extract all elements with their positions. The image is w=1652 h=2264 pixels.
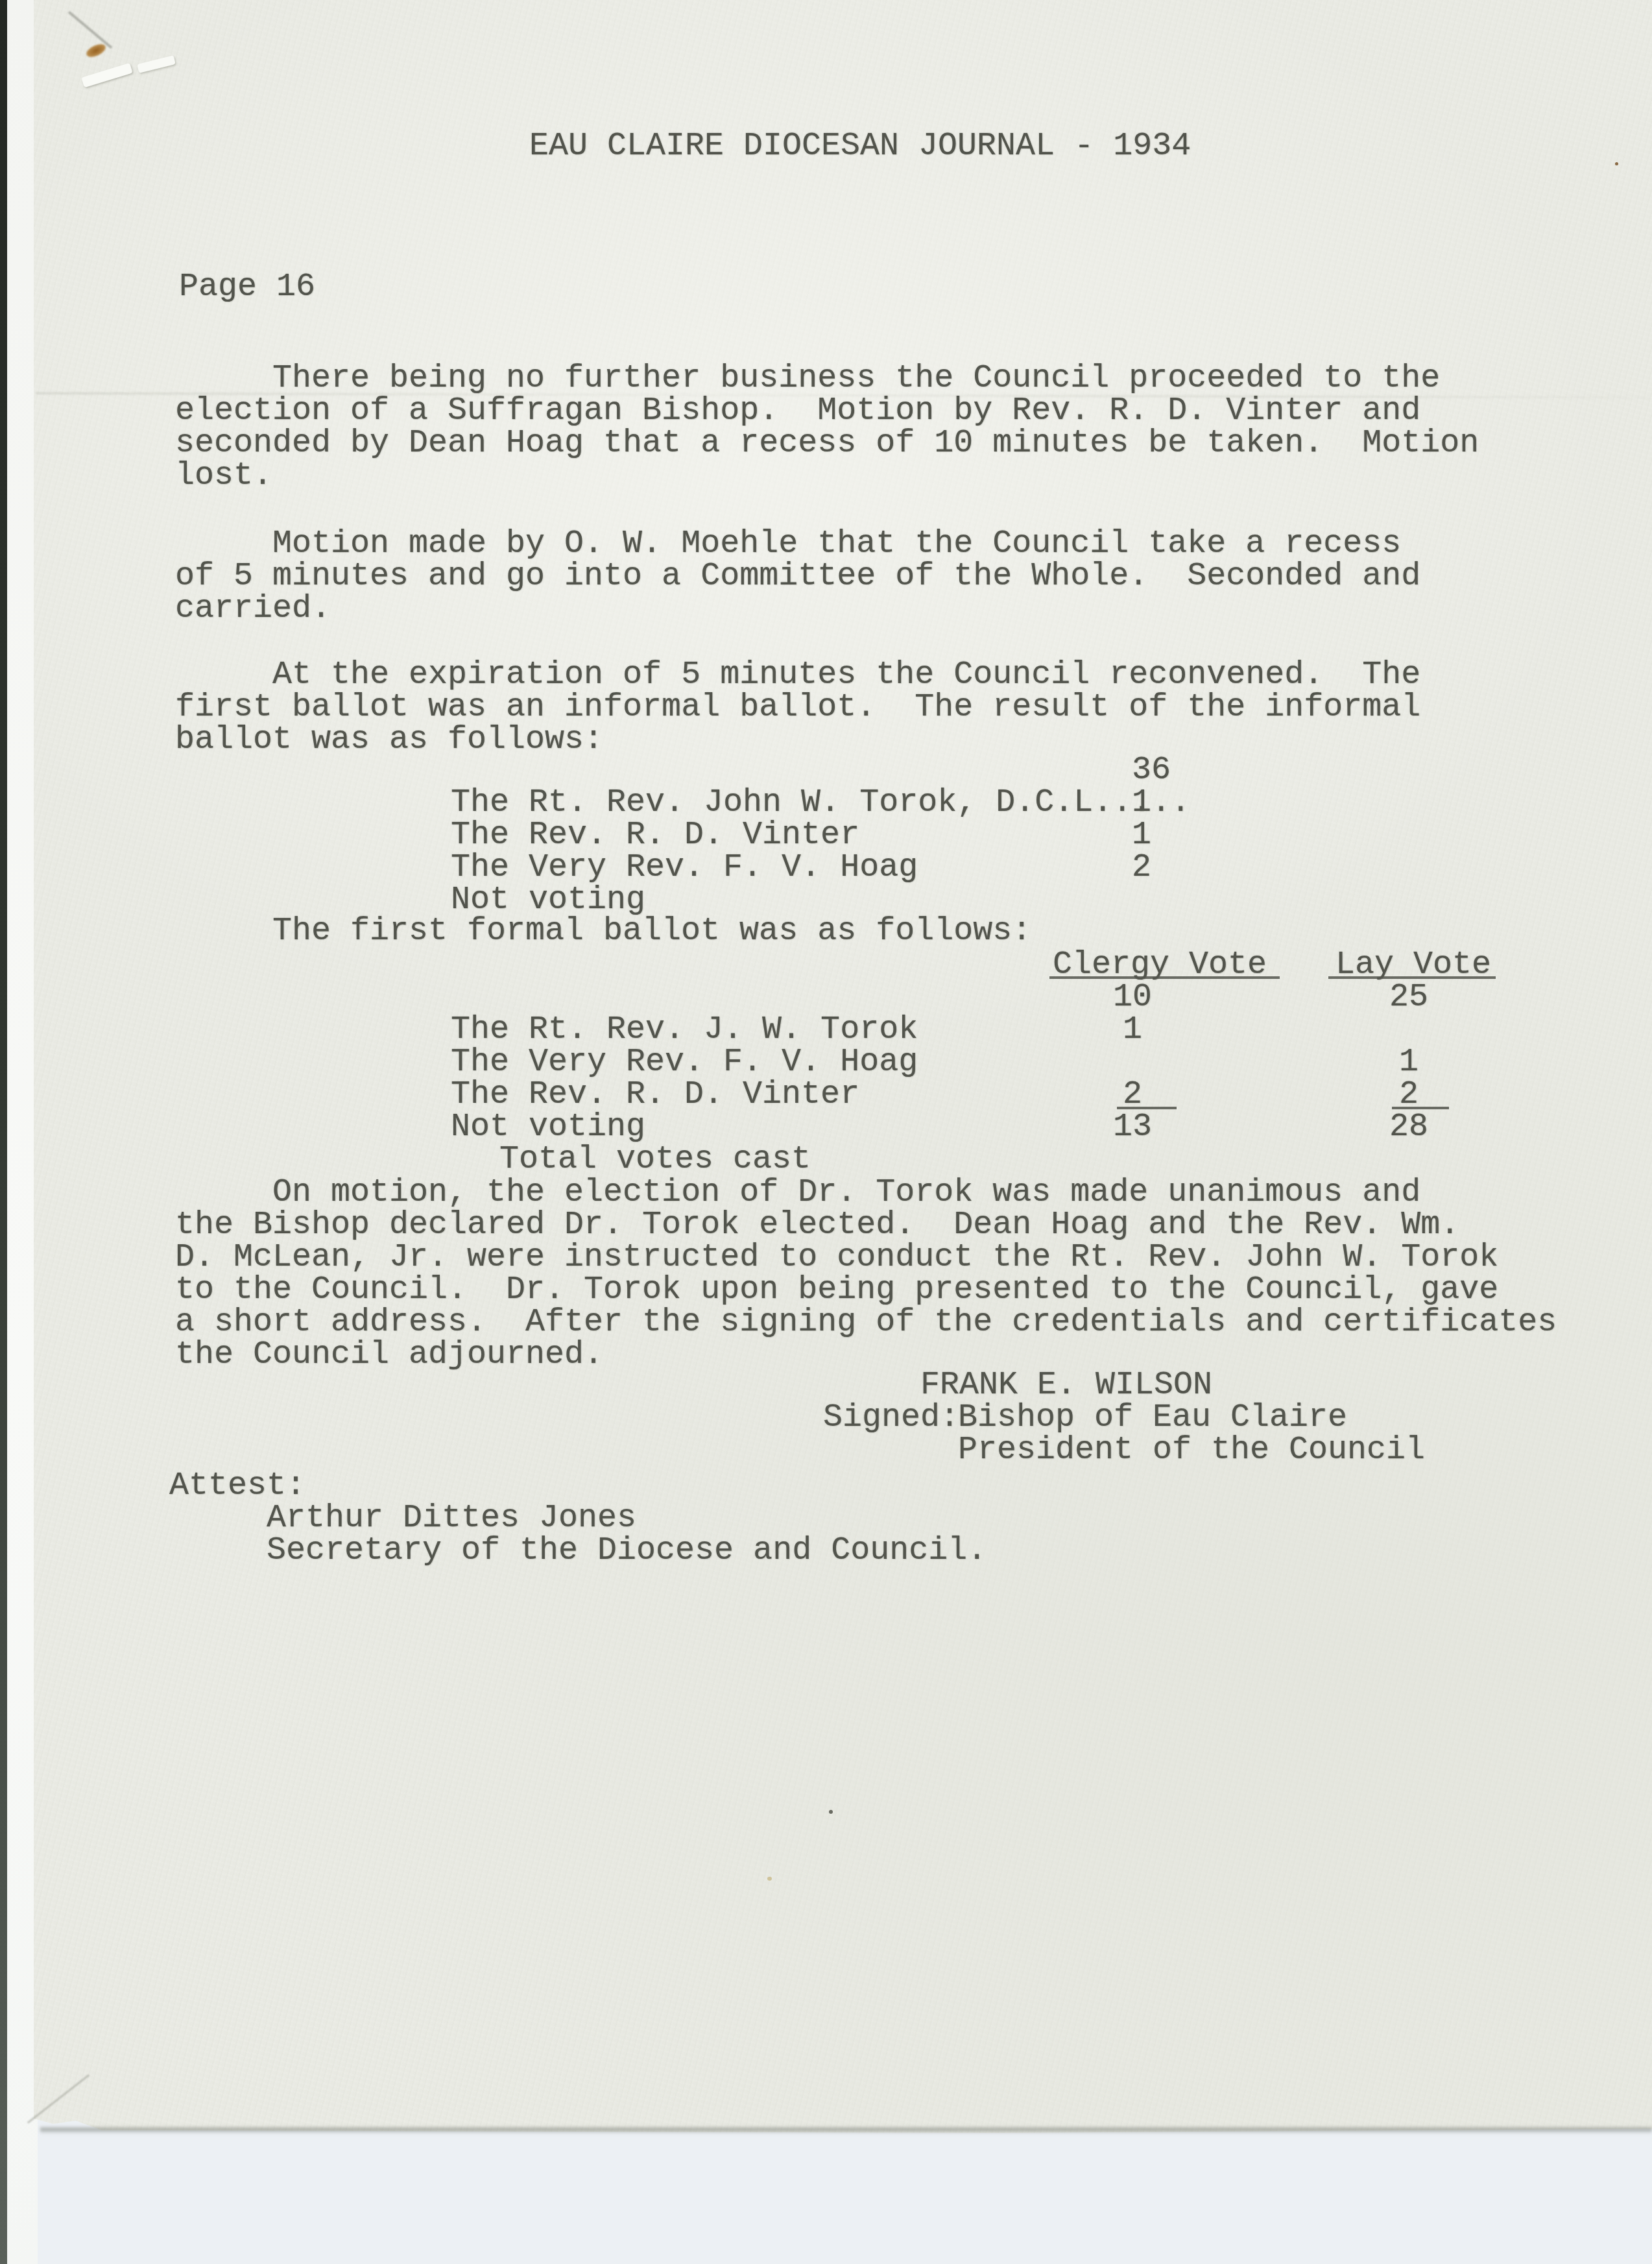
informal-ballot-row: The Very Rev. F. V. Hoag 1 <box>373 819 1346 852</box>
clergy-total-value: 13 <box>1094 1111 1171 1144</box>
paragraph-recess-motion-lost: There being no further business the Coun… <box>175 363 1479 492</box>
page-number-label: Page 16 <box>179 271 315 304</box>
attest-label: Attest: <box>169 1470 305 1502</box>
secretary-signature-name: Arthur Dittes Jones <box>267 1502 636 1535</box>
bishop-title-line: Bishop of Eau Claire <box>958 1402 1347 1434</box>
candidate-name: Not voting <box>451 884 645 917</box>
paper-bottom-edge-shadow <box>40 2126 1652 2134</box>
vote-count: 36 <box>1132 754 1171 787</box>
formal-ballot-row: Not voting 2 2 <box>373 1079 1540 1111</box>
formal-ballot-row: The Rt. Rev. J. W. Torok 10 25 <box>373 981 1540 1014</box>
vote-count: 1 <box>1132 787 1151 819</box>
scanner-margin-strip <box>7 0 38 2264</box>
president-title-line: President of the Council <box>958 1434 1425 1467</box>
informal-ballot-row: The Rev. R. D. Vinter 1 <box>373 787 1346 819</box>
secretary-title-line: Secretary of the Diocese and Council. <box>267 1535 987 1567</box>
lay-vote-value: 25 <box>1370 981 1448 1014</box>
scanned-document-page: EAU CLAIRE DIOCESAN JOURNAL - 1934 Page … <box>0 0 1652 2264</box>
lay-vote-value: 1 <box>1370 1046 1448 1079</box>
clergy-column-underline <box>1049 976 1280 979</box>
vote-count: 2 <box>1132 852 1151 884</box>
journal-header-title: EAU CLAIRE DIOCESAN JOURNAL - 1934 <box>529 130 1191 163</box>
total-votes-label: Total votes cast <box>451 1144 811 1176</box>
paragraph-committee-of-whole: Motion made by O. W. Moehle that the Cou… <box>175 528 1420 625</box>
signed-line: Signed: FRANK E. WILSON <box>745 1369 1524 1402</box>
bishop-signature-name: FRANK E. WILSON <box>920 1369 1212 1402</box>
formal-ballot-total-row: Total votes cast 13 28 <box>373 1111 1540 1144</box>
formal-ballot-intro: The first formal ballot was as follows: <box>272 915 1031 948</box>
clergy-vote-value: 1 <box>1094 1014 1171 1046</box>
paragraph-election-unanimous: On motion, the election of Dr. Torok was… <box>175 1177 1557 1371</box>
paper-fleck <box>767 1877 772 1881</box>
informal-ballot-row: Not voting 2 <box>373 852 1346 884</box>
informal-ballot-row: The Rt. Rev. John W. Torok, D.C.L..... 3… <box>373 754 1346 787</box>
paragraph-informal-ballot-intro: At the expiration of 5 minutes the Counc… <box>175 659 1420 756</box>
scanner-edge-strip <box>0 0 7 2264</box>
clergy-vote-value: 10 <box>1094 981 1171 1014</box>
signed-label: Signed: <box>823 1399 959 1436</box>
formal-ballot-row: The Rev. R. D. Vinter 1 <box>373 1046 1540 1079</box>
paper-fleck <box>1615 162 1618 165</box>
vote-count: 1 <box>1132 819 1151 852</box>
formal-ballot-row: The Very Rev. F. V. Hoag 1 <box>373 1014 1540 1046</box>
lay-total-value: 28 <box>1370 1111 1448 1144</box>
ink-speck <box>829 1810 833 1814</box>
